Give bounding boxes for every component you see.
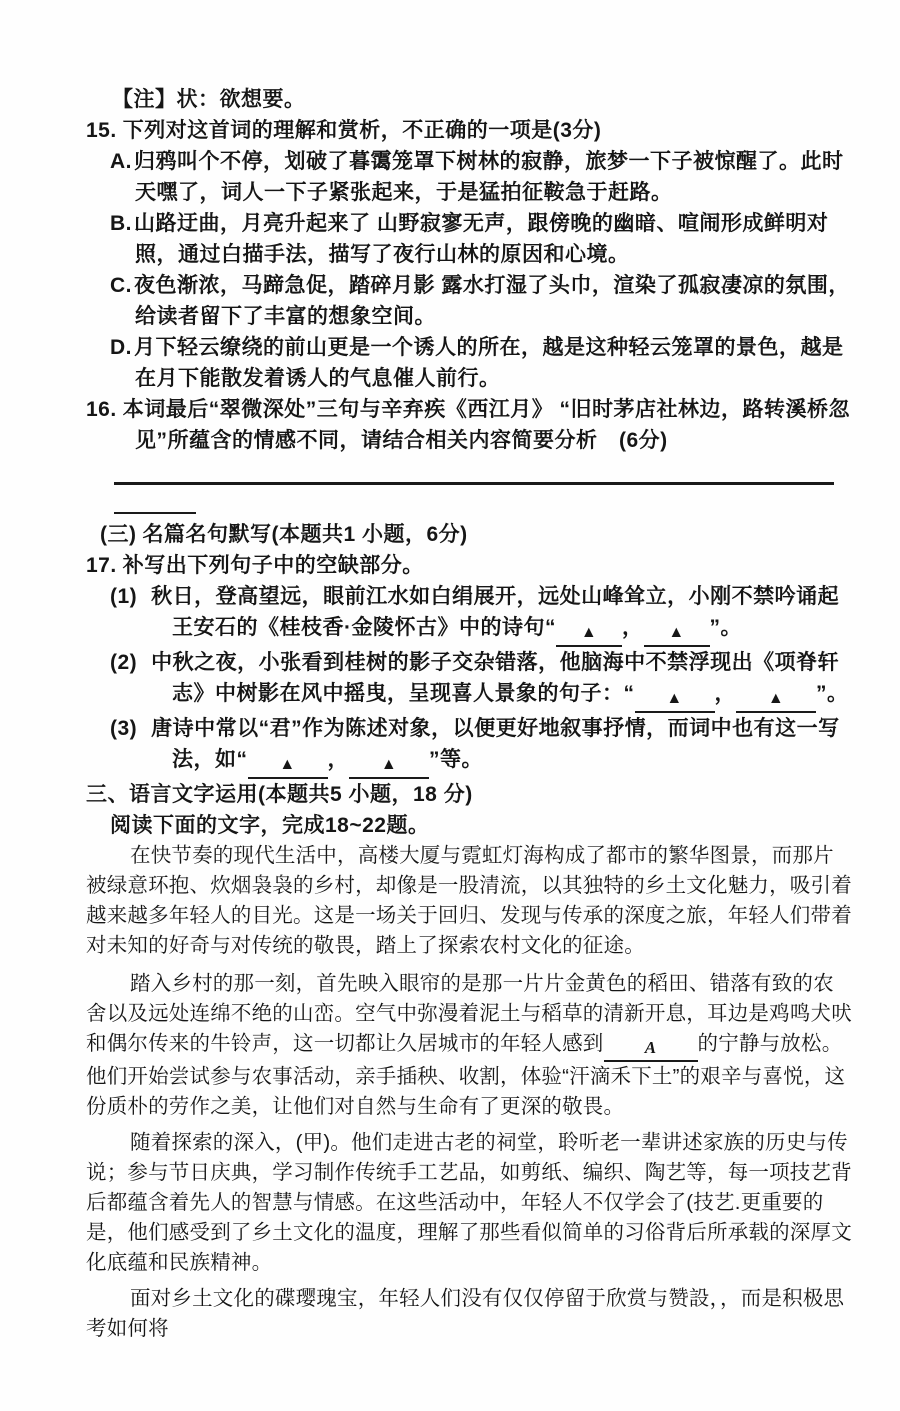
option-a-label: A. — [110, 150, 134, 173]
text-run: ， — [715, 682, 737, 705]
option-d-label: D. — [110, 336, 134, 359]
option-b-text: 山路迂曲，月亮升起来了 山野寂寥无声，跟傍晚的幽暗、喧闹形成鲜明对照，通过白描手… — [134, 212, 828, 266]
section-3-heading: (三)名篇名句默写(本题共1 小题，6分) — [86, 519, 854, 550]
item-3-label: (3) — [110, 717, 151, 740]
section-three-title: 语言文字运用(本题共5 小题，18 分) — [129, 783, 473, 806]
question-15-option-d: D.月下轻云缭绕的前山更是一个诱人的所在，越是这种轻云笼罩的景色，越是在月下能散… — [86, 332, 854, 394]
option-a-text: 归鸦叫个不停，划破了暮霭笼罩下树林的寂静，旅梦一下子被惊醒了。此时天嘿了，词人一… — [134, 150, 844, 204]
section-3-label: (三) — [100, 523, 143, 546]
question-16-stem: 16.本词最后“翠微深处”三句与辛弃疾《西江月》 “旧时茅店社林边，路转溪桥忽见… — [86, 394, 854, 456]
question-15-stem: 15.下列对这首词的理解和赏析，不正确的一项是(3分) — [86, 115, 854, 146]
text-run: ”。 — [816, 682, 849, 705]
exam-paper-page: 【注】状：欲想要。 15.下列对这首词的理解和赏析，不正确的一项是(3分) A.… — [0, 0, 900, 1411]
text-run: ， — [622, 616, 644, 639]
answer-blank: ▲ — [349, 756, 429, 779]
option-c-text: 夜色渐浓，马蹄急促，踏碎月影 露水打湿了头巾，渲染了孤寂凄凉的氛围，给读者留下了… — [134, 274, 850, 328]
answer-blank: ▲ — [635, 690, 715, 713]
passage-paragraph-2: 踏入乡村的那一刻，首先映入眼帘的是那一片片金黄色的稻田、错落有致的农舍以及远处连… — [86, 969, 854, 1122]
answer-line-short — [114, 512, 196, 514]
question-16-number: 16. — [86, 398, 123, 421]
text-run: ”等。 — [429, 748, 483, 771]
option-d-text: 月下轻云缭绕的前山更是一个诱人的所在，越是这种轻云笼罩的景色，越是在月下能散发着… — [134, 336, 844, 390]
passage-paragraph-3: 随着探索的深入，(甲)。他们走进古老的祠堂，聆听老一辈讲述家族的历史与传说；参与… — [86, 1128, 854, 1278]
option-b-label: B. — [110, 212, 134, 235]
question-17-stem: 17.补写出下列句子中的空缺部分。 — [86, 550, 854, 581]
text-run: ”。 — [710, 616, 743, 639]
item-2-label: (2) — [110, 651, 151, 674]
question-16-text: 本词最后“翠微深处”三句与辛弃疾《西江月》 “旧时茅店社林边，路转溪桥忽见”所蕴… — [123, 398, 850, 452]
question-15-number: 15. — [86, 119, 123, 142]
question-15-option-a: A.归鸦叫个不停，划破了暮霭笼罩下树林的寂静，旅梦一下子被惊醒了。此时天嘿了，词… — [86, 146, 854, 208]
poem-annotation: 【注】状：欲想要。 — [86, 84, 854, 115]
question-15-text: 下列对这首词的理解和赏析，不正确的一项是(3分) — [123, 119, 602, 142]
section-3-title: 名篇名句默写(本题共1 小题，6分) — [143, 523, 468, 546]
question-17-item-1: (1)秋日，登高望远，眼前江水如白绢展开，远处山峰耸立，小刚不禁吟诵起王安石的《… — [86, 581, 854, 647]
option-c-label: C. — [110, 274, 134, 297]
question-17-item-2: (2)中秋之夜，小张看到桂树的影子交杂错落，他脑海中不禁浮现出《项脊轩志》中树影… — [86, 647, 854, 713]
answer-blank: ▲ — [736, 690, 816, 713]
item-2-text: 中秋之夜，小张看到桂树的影子交杂错落，他脑海中不禁浮现出《项脊轩志》中树影在风中… — [151, 651, 848, 705]
text-run: ， — [328, 748, 350, 771]
passage-paragraph-4: 面对乡土文化的碟璎瑰宝，年轻人们没有仅仅停留于欣赏与赞設，，而是积极思考如何将 — [86, 1284, 854, 1344]
item-3-text: 唐诗中常以“君”作为陈述对象，以便更好地叙事抒情，而词中也有这一写法，如“▲，▲… — [151, 717, 840, 771]
answer-blank: ▲ — [556, 624, 622, 647]
item-1-text: 秋日，登高望远，眼前江水如白绢展开，远处山峰耸立，小刚不禁吟诵起王安石的《桂枝香… — [151, 585, 839, 639]
answer-line-long — [114, 482, 834, 485]
answer-blank: ▲ — [644, 624, 710, 647]
reading-instruction: 阅读下面的文字，完成18~22题。 — [86, 810, 854, 841]
item-1-label: (1) — [110, 585, 151, 608]
passage-paragraph-1: 在快节奏的现代生活中，高楼大厦与霓虹灯海构成了都市的繁华图景，而那片被绿意环抱、… — [86, 841, 854, 961]
question-15-option-b: B.山路迂曲，月亮升起来了 山野寂寥无声，跟傍晚的幽暗、喧闹形成鲜明对照，通过白… — [86, 208, 854, 270]
question-17-number: 17. — [86, 554, 123, 577]
answer-blank: ▲ — [248, 756, 328, 779]
question-15-option-c: C.夜色渐浓，马蹄急促，踏碎月影 露水打湿了头巾，渲染了孤寂凄凉的氛围，给读者留… — [86, 270, 854, 332]
answer-blank: A — [604, 1039, 698, 1062]
page-content: 【注】状：欲想要。 15.下列对这首词的理解和赏析，不正确的一项是(3分) A.… — [86, 84, 854, 1344]
question-17-text: 补写出下列句子中的空缺部分。 — [123, 554, 424, 577]
question-17-item-3: (3)唐诗中常以“君”作为陈述对象，以便更好地叙事抒情，而词中也有这一写法，如“… — [86, 713, 854, 779]
section-three-label: 三、 — [86, 783, 129, 806]
section-three-heading: 三、语言文字运用(本题共5 小题，18 分) — [86, 779, 854, 810]
